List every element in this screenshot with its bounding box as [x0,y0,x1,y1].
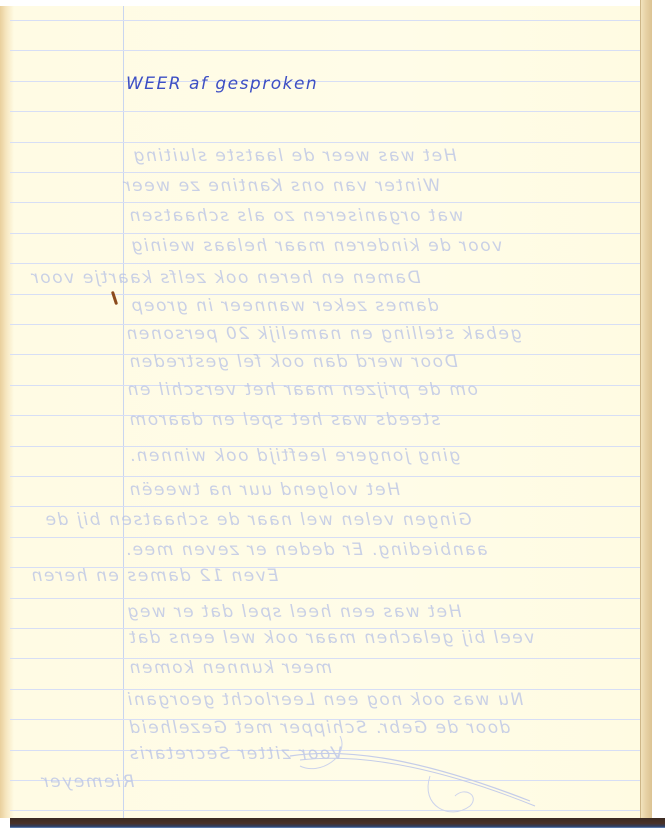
ruled-line [10,20,642,21]
ruled-line [10,111,642,112]
show-through-line: Gingen velen wel naar de schaatsen bij d… [44,510,472,530]
ruled-line [10,172,642,173]
show-through-line: ging jongere leeftijd ook winnen. [128,446,460,466]
ruled-line [10,81,642,82]
show-through-line: Het volgend uur na tweeën [128,480,400,500]
show-through-line: steeds was het spel en daarom [128,410,440,430]
show-through-line: aanbieding. Er deden er zeven mee. [124,540,488,560]
ruled-line [10,537,642,538]
notebook-page: WEER af gesproken Het was weer de laatst… [0,6,648,818]
show-through-line: Het was weer de laatste sluiting [132,146,457,166]
ruled-line [10,202,642,203]
ruled-line [10,294,642,295]
show-through-line: wat organiseren zo als schaatsen [128,206,463,226]
scan-border [652,0,665,834]
page-title: WEER af gesproken [126,74,318,94]
ruled-line [10,476,642,477]
ruled-line [10,598,642,599]
show-through-line: Damen en heren ook zelfs kaartje voor [30,268,421,288]
show-through-line: Het was een heel spel dat er weg [126,602,462,622]
show-through-line: om de prijzen maar het verschil en [126,380,478,400]
ruled-line [10,810,642,811]
show-through-line: dames zeker wanneer in groep [130,296,439,316]
show-through-line: gebak stelling en namelijk 20 personen [125,324,521,344]
ruled-line [10,263,642,264]
show-through-line: Nu was ook nog een Leerlocht georgani [126,690,523,710]
ruled-line [10,50,642,51]
margin-line [123,6,124,818]
ruled-line [10,233,642,234]
show-through-line: Voor zitter Secretaris [128,744,343,764]
show-through-line: door de Gebr. Schipper met Gezelheid [128,718,511,738]
show-through-line: veel bij gelachen maar ook wel eens dat [128,628,534,648]
show-through-line: voor de kinderen maar helaas weinig [130,236,502,256]
show-through-line: Winter van ons Kantine ze weer [122,176,440,196]
ruled-line [10,142,642,143]
show-through-line: Riemeyer [40,772,134,792]
page-bottom-edge [10,818,665,828]
show-through-line: Even 12 dames en heren [30,566,278,586]
show-through-line: Door werd dan ook fel gestreden [128,352,458,372]
show-through-line: meer kunnen komen [128,658,332,678]
ruled-line [10,506,642,507]
